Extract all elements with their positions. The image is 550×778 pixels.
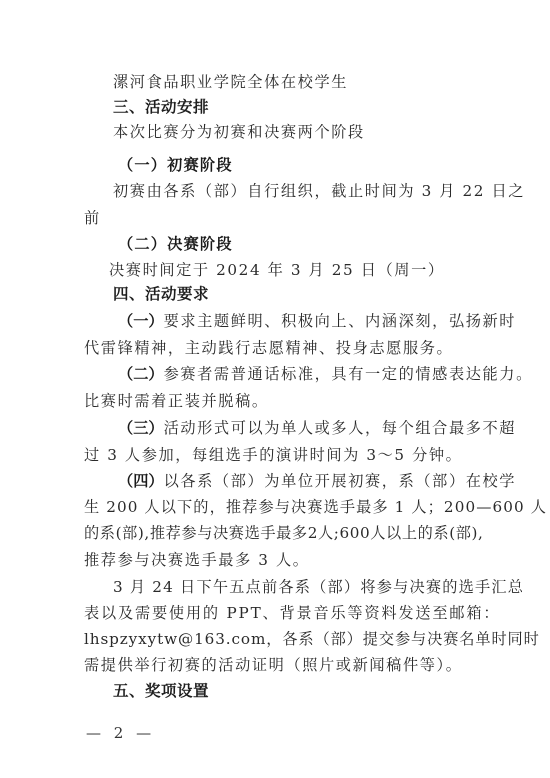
requirement-2-text: 参赛者需普通话标准，具有一定的情感表达能力。 xyxy=(164,365,533,383)
requirement-4-line-1: （四）以各系（部）为单位开展初赛，系（部）在校学 xyxy=(118,471,516,491)
requirement-4-text: 以各系（部）为单位开展初赛，系（部）在校学 xyxy=(164,472,517,490)
submission-line-4: 需提供举行初赛的活动证明（照片或新闻稿件等）。 xyxy=(84,655,463,675)
requirement-1-line-1: （一）要求主题鲜明、积极向上、内涵深刻，弘扬新时 xyxy=(118,311,516,331)
requirement-1-line-2: 代雷锋精神，主动践行志愿精神、投身志愿服务。 xyxy=(84,338,453,358)
requirement-2-marker: （二） xyxy=(118,365,164,383)
requirement-1-marker: （一） xyxy=(118,312,164,330)
submission-line-3: lhspzyxytw@163.com，各系（部）提交参与决赛名单时同时 xyxy=(84,629,540,649)
requirement-4-line-3: 的系(部),推荐参与决赛选手最多2人;600人以上的系(部), xyxy=(84,523,483,543)
stage-2-heading: （二）决赛阶段 xyxy=(118,234,233,254)
requirement-3-marker: （三） xyxy=(118,419,164,437)
participants-line: 漯河食品职业学院全体在校学生 xyxy=(113,72,348,92)
requirement-3-line-1: （三）活动形式可以为单人或多人，每个组合最多不超 xyxy=(118,418,516,438)
requirement-1-text: 要求主题鲜明、积极向上、内涵深刻，弘扬新时 xyxy=(164,312,517,330)
requirement-3-text: 活动形式可以为单人或多人，每个组合最多不超 xyxy=(164,419,517,437)
section-5-heading: 五、奖项设置 xyxy=(113,681,209,701)
requirement-4-line-4: 推荐参与决赛选手最多 3 人。 xyxy=(84,550,310,570)
stage-1-text-line-1: 初赛由各系（部）自行组织，截止时间为 3 月 22 日之 xyxy=(113,181,525,201)
requirement-4-line-2: 生 200 人以下的，推荐参与决赛选手最多 1 人；200—600 人 xyxy=(84,497,547,517)
requirement-2-line-1: （二）参赛者需普通话标准，具有一定的情感表达能力。 xyxy=(118,364,533,384)
section-3-heading: 三、活动安排 xyxy=(113,97,209,117)
requirement-2-line-2: 比赛时需着正装并脱稿。 xyxy=(84,391,269,411)
requirement-3-line-2: 过 3 人参加，每组选手的演讲时间为 3～5 分钟。 xyxy=(84,445,462,465)
stage-1-heading: （一）初赛阶段 xyxy=(118,155,233,175)
stage-2-text: 决赛时间定于 2024 年 3 月 25 日（周一） xyxy=(109,260,445,280)
requirement-4-marker: （四） xyxy=(118,472,164,490)
submission-line-1: 3 月 24 日下午五点前各系（部）将参与决赛的选手汇总 xyxy=(113,577,524,597)
section-3-intro: 本次比赛分为初赛和决赛两个阶段 xyxy=(113,122,365,142)
page-number: — 2 — xyxy=(86,724,155,742)
stage-1-text-line-2: 前 xyxy=(84,208,101,228)
section-4-heading: 四、活动要求 xyxy=(113,284,209,304)
submission-line-2: 表以及需要使用的 PPT、背景音乐等资料发送至邮箱： xyxy=(84,603,500,623)
